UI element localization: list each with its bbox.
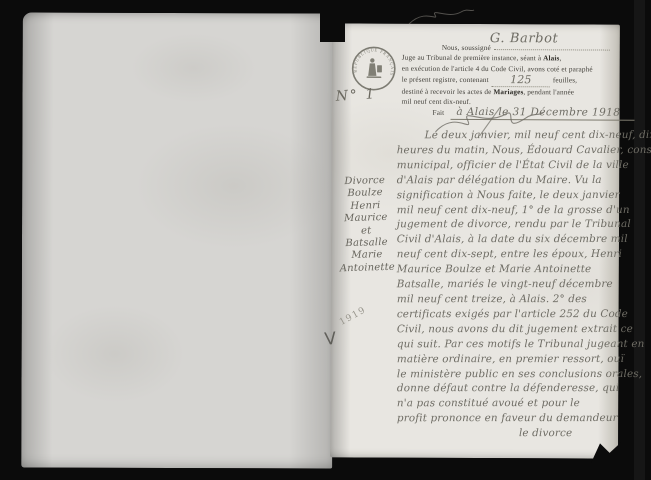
margin-case-title: DivorceBoulzeHenri MauriceetBatsalleMari… (332, 175, 401, 276)
margin-case-line: Antoinette (334, 261, 400, 275)
act-text-line: n'a pas constitué avoué et pour le (397, 396, 615, 411)
sworn-label: Nous, soussigné (442, 44, 491, 52)
margin-case-line: Henri Maurice (332, 199, 399, 226)
stamp-figure-icon (367, 58, 382, 78)
act-text-line: Maurice Boulze et Marie Antoinette (397, 262, 615, 277)
act-text-line: Le deux janvier, mil neuf cent dix-neuf,… (397, 128, 615, 143)
act-text-line: donne défaut contre la défenderesse, qui (397, 381, 615, 396)
act-text-line: profit prononce en faveur du demandeur (397, 411, 615, 426)
line4-text: le présent registre, contenant (402, 76, 489, 84)
line2-text: Juge au Tribunal de première instance, s… (402, 54, 543, 63)
line5-text: destiné à recevoir les actes de (402, 87, 494, 95)
act-text-line: d'Alais par délégation du Maire. Vu la (397, 173, 615, 188)
act-text-line: heures du matin, Nous, Édouard Cavalier,… (397, 143, 615, 158)
attestation-line-4: le présent registre, contenant125feuille… (402, 74, 618, 87)
act-text-line: municipal, officier de l'État Civil de l… (397, 158, 615, 173)
pencil-check-mark: V (324, 329, 338, 350)
scan-edge-strip (634, 0, 645, 480)
act-text-line: mil neuf cent treize, à Alais. 2° des (397, 292, 615, 307)
republique-francaise-stamp: RÉPUBLIQUE FRANÇAISE (351, 45, 397, 91)
line2-comma: , (559, 55, 561, 63)
pencil-year-note: 1919 (338, 305, 368, 328)
act-text-line: mil neuf cent dix-neuf, 1° de la grosse … (397, 203, 615, 218)
line5-suffix: , pendant l'année (523, 88, 574, 96)
act-text-line: signification à Nous faite, le deux janv… (397, 188, 615, 203)
scanned-register-spread: RÉPUBLIQUE FRANÇAISE N° 1 Nous, soussign… (0, 0, 651, 480)
act-text-line: matière ordinaire, en premier ressort, o… (397, 352, 615, 367)
register-act-page: RÉPUBLIQUE FRANÇAISE N° 1 Nous, soussign… (330, 23, 620, 458)
act-number: N° 1 (335, 86, 377, 105)
act-text-line: neuf cent dix-sept, entre les époux, Hen… (397, 247, 615, 262)
act-text-line: qui suit. Par ces motifs le Tribunal jug… (397, 337, 615, 352)
blank-left-page (21, 12, 334, 468)
sheet-count-value: 125 (510, 73, 532, 86)
act-text-line: jugement de divorce, rendu par le Tribun… (397, 217, 615, 232)
act-text-line: le divorce (397, 426, 615, 441)
line4-suffix: feuilles, (553, 77, 577, 85)
city-name-bold: Alais (543, 55, 559, 63)
act-text-line: certificats exigés par l'article 252 du … (397, 307, 615, 322)
pencil-squiggle-mark (405, 4, 477, 30)
sheet-count-blank: 125 (492, 74, 550, 87)
binding-gutter-shadow (320, 0, 345, 42)
act-text-line: Batsalle, mariés le vingt-neuf décembre (397, 277, 615, 292)
attestation-line-1: Nous, soussigné G. Barbot (402, 42, 618, 54)
act-text-line: Civil, nous avons du dit jugement extrai… (397, 322, 615, 337)
act-body-text: Le deux janvier, mil neuf cent dix-neuf,… (397, 128, 615, 441)
acts-type-bold: Mariages (493, 88, 523, 96)
act-text-line: le ministère public en ses conclusions o… (397, 367, 615, 382)
act-text-line: Civil d'Alais, à la date du six décembre… (397, 232, 615, 247)
judge-signature: G. Barbot (490, 34, 559, 45)
